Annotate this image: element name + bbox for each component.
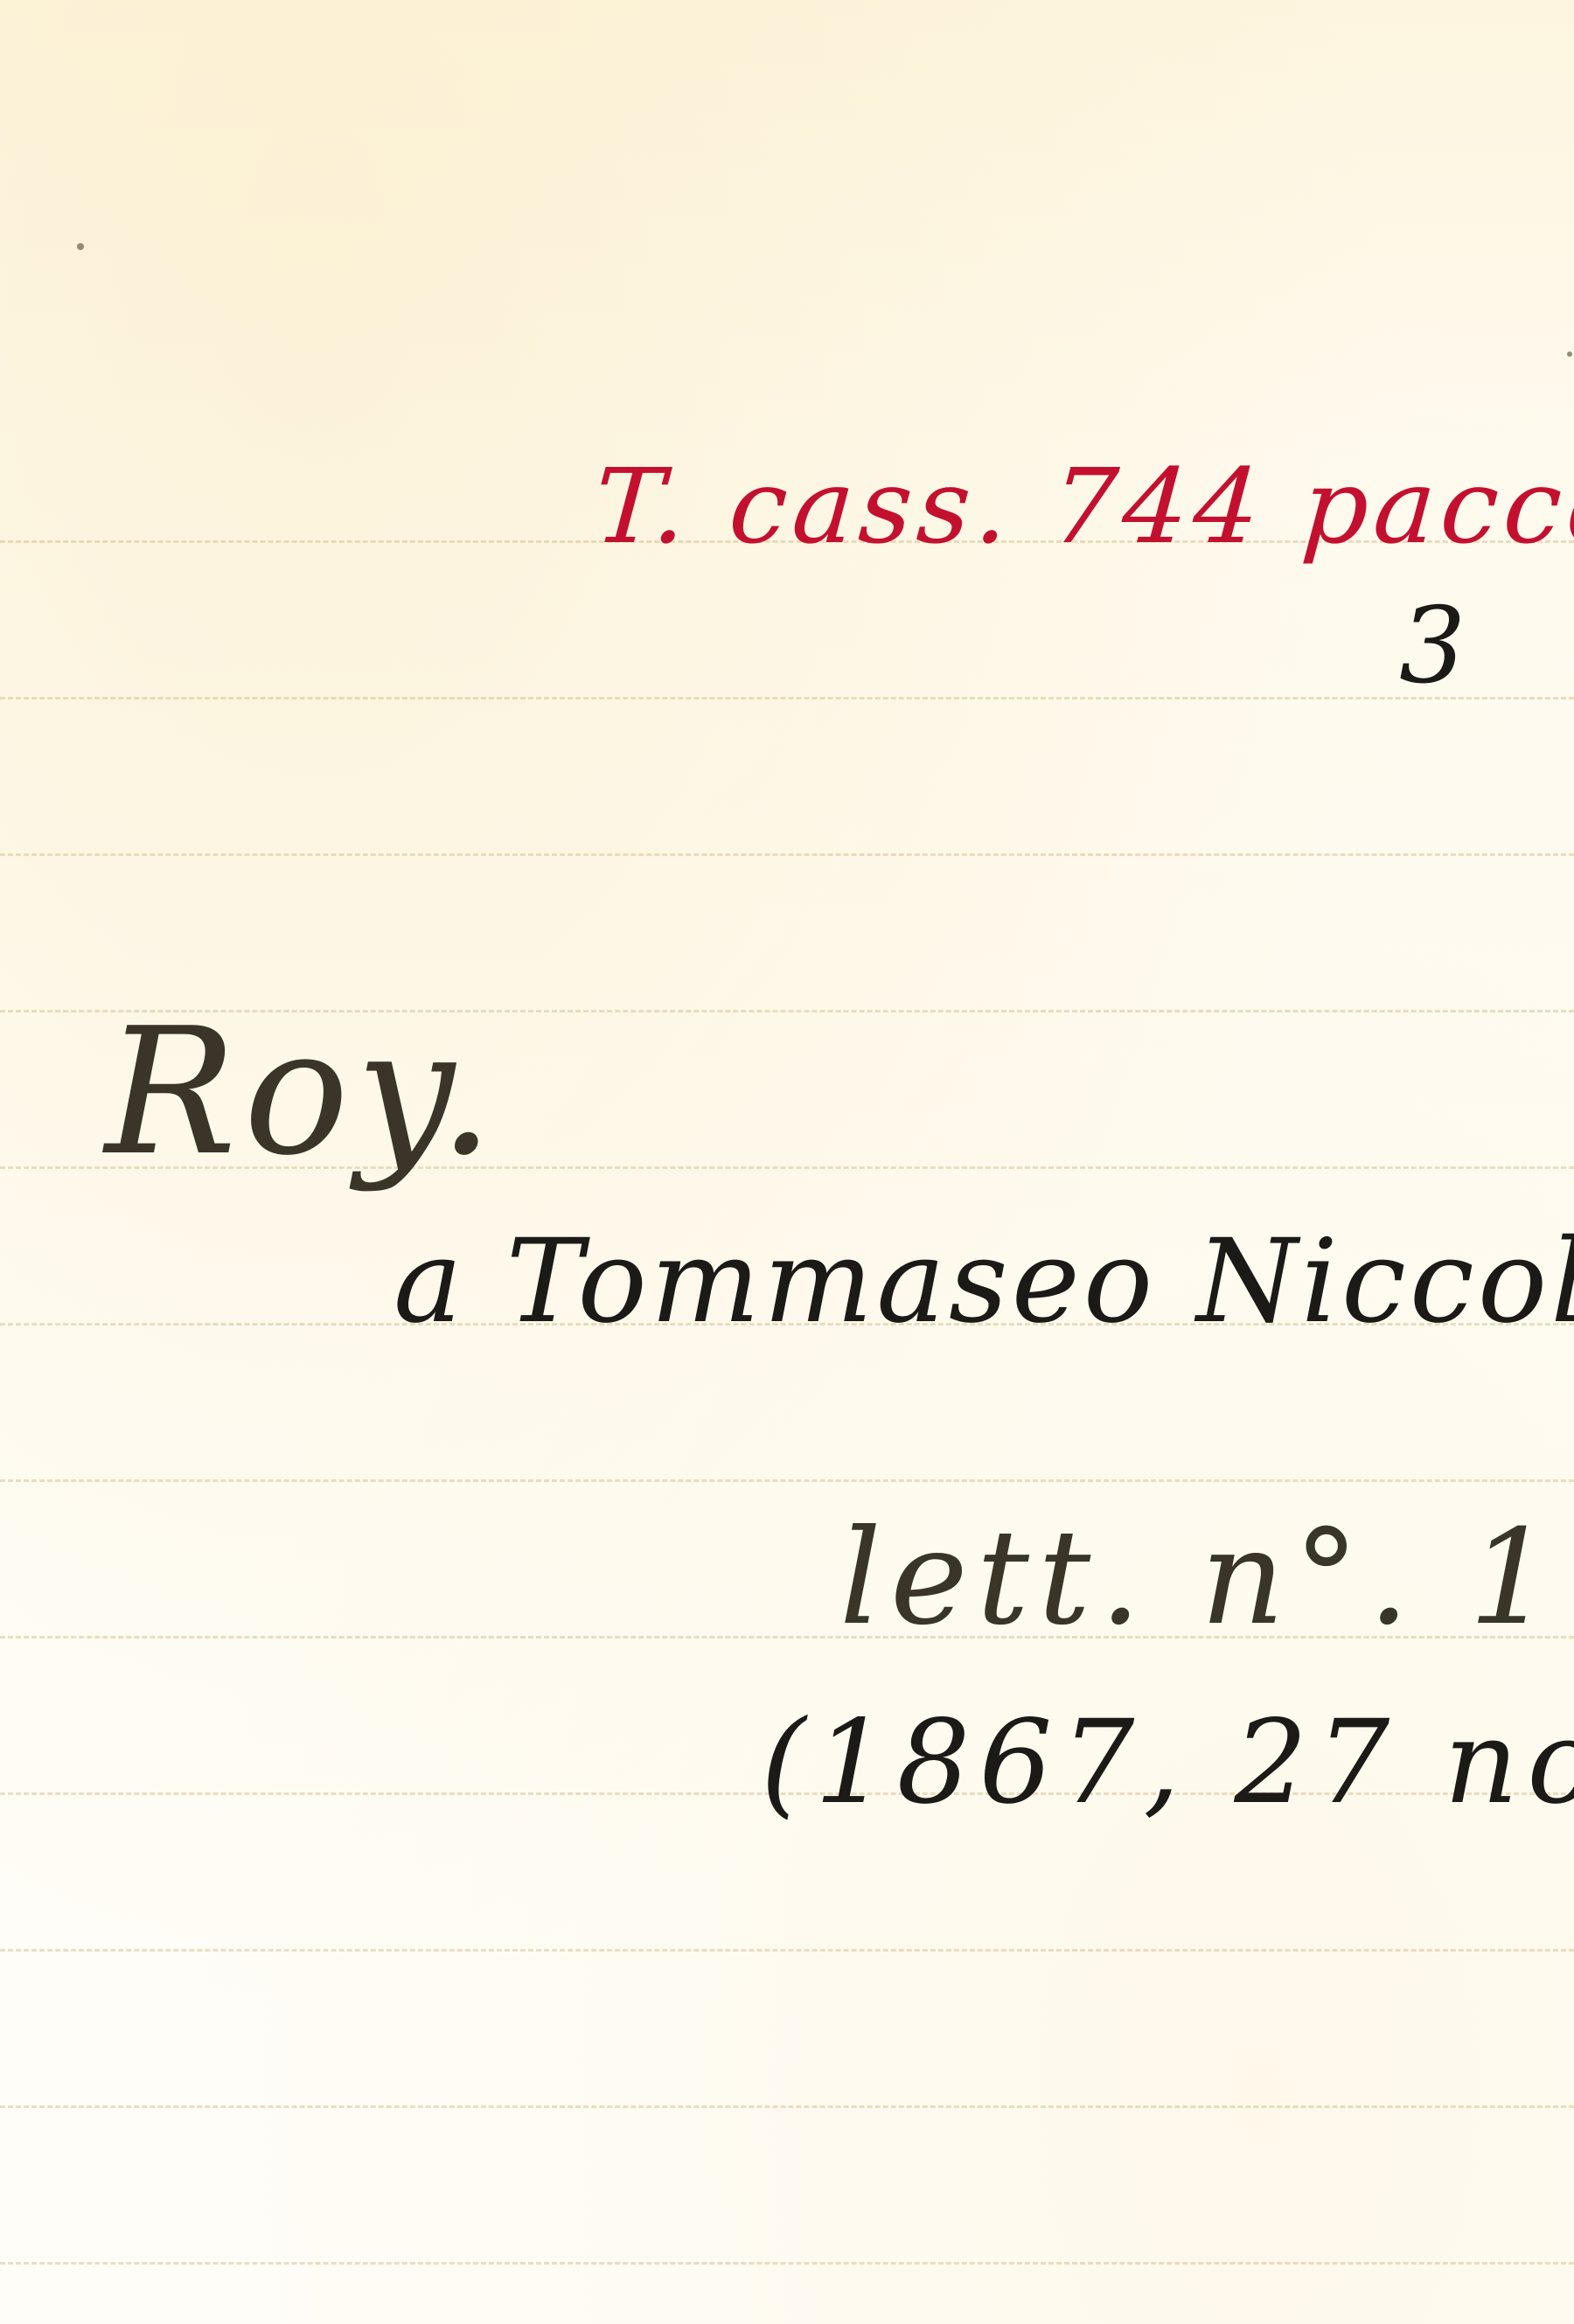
ruled-line [0, 1949, 1574, 1952]
letter-number: lett. n°. 1 [839, 1513, 1561, 1644]
ruled-line [0, 1479, 1574, 1482]
letter-date: (1867, 27 nov.) [761, 1705, 1574, 1820]
ruled-line [0, 2262, 1574, 2265]
catalog-card: T. cass. 744 pacco 97. 3 Roy. a Tommaseo… [0, 0, 1574, 2324]
shelfmark-sub-number: 3 [1399, 595, 1466, 699]
shelfmark-red: T. cass. 744 pacco 97. [591, 455, 1574, 558]
ruled-line [0, 853, 1574, 856]
paper-speck [77, 243, 84, 250]
paper-speck [1567, 351, 1572, 357]
author-name: Roy. [105, 1005, 501, 1180]
ruled-line [0, 2105, 1574, 2108]
ruled-line [0, 697, 1574, 699]
recipient-name: a Tommaseo Niccolò [393, 1224, 1574, 1339]
